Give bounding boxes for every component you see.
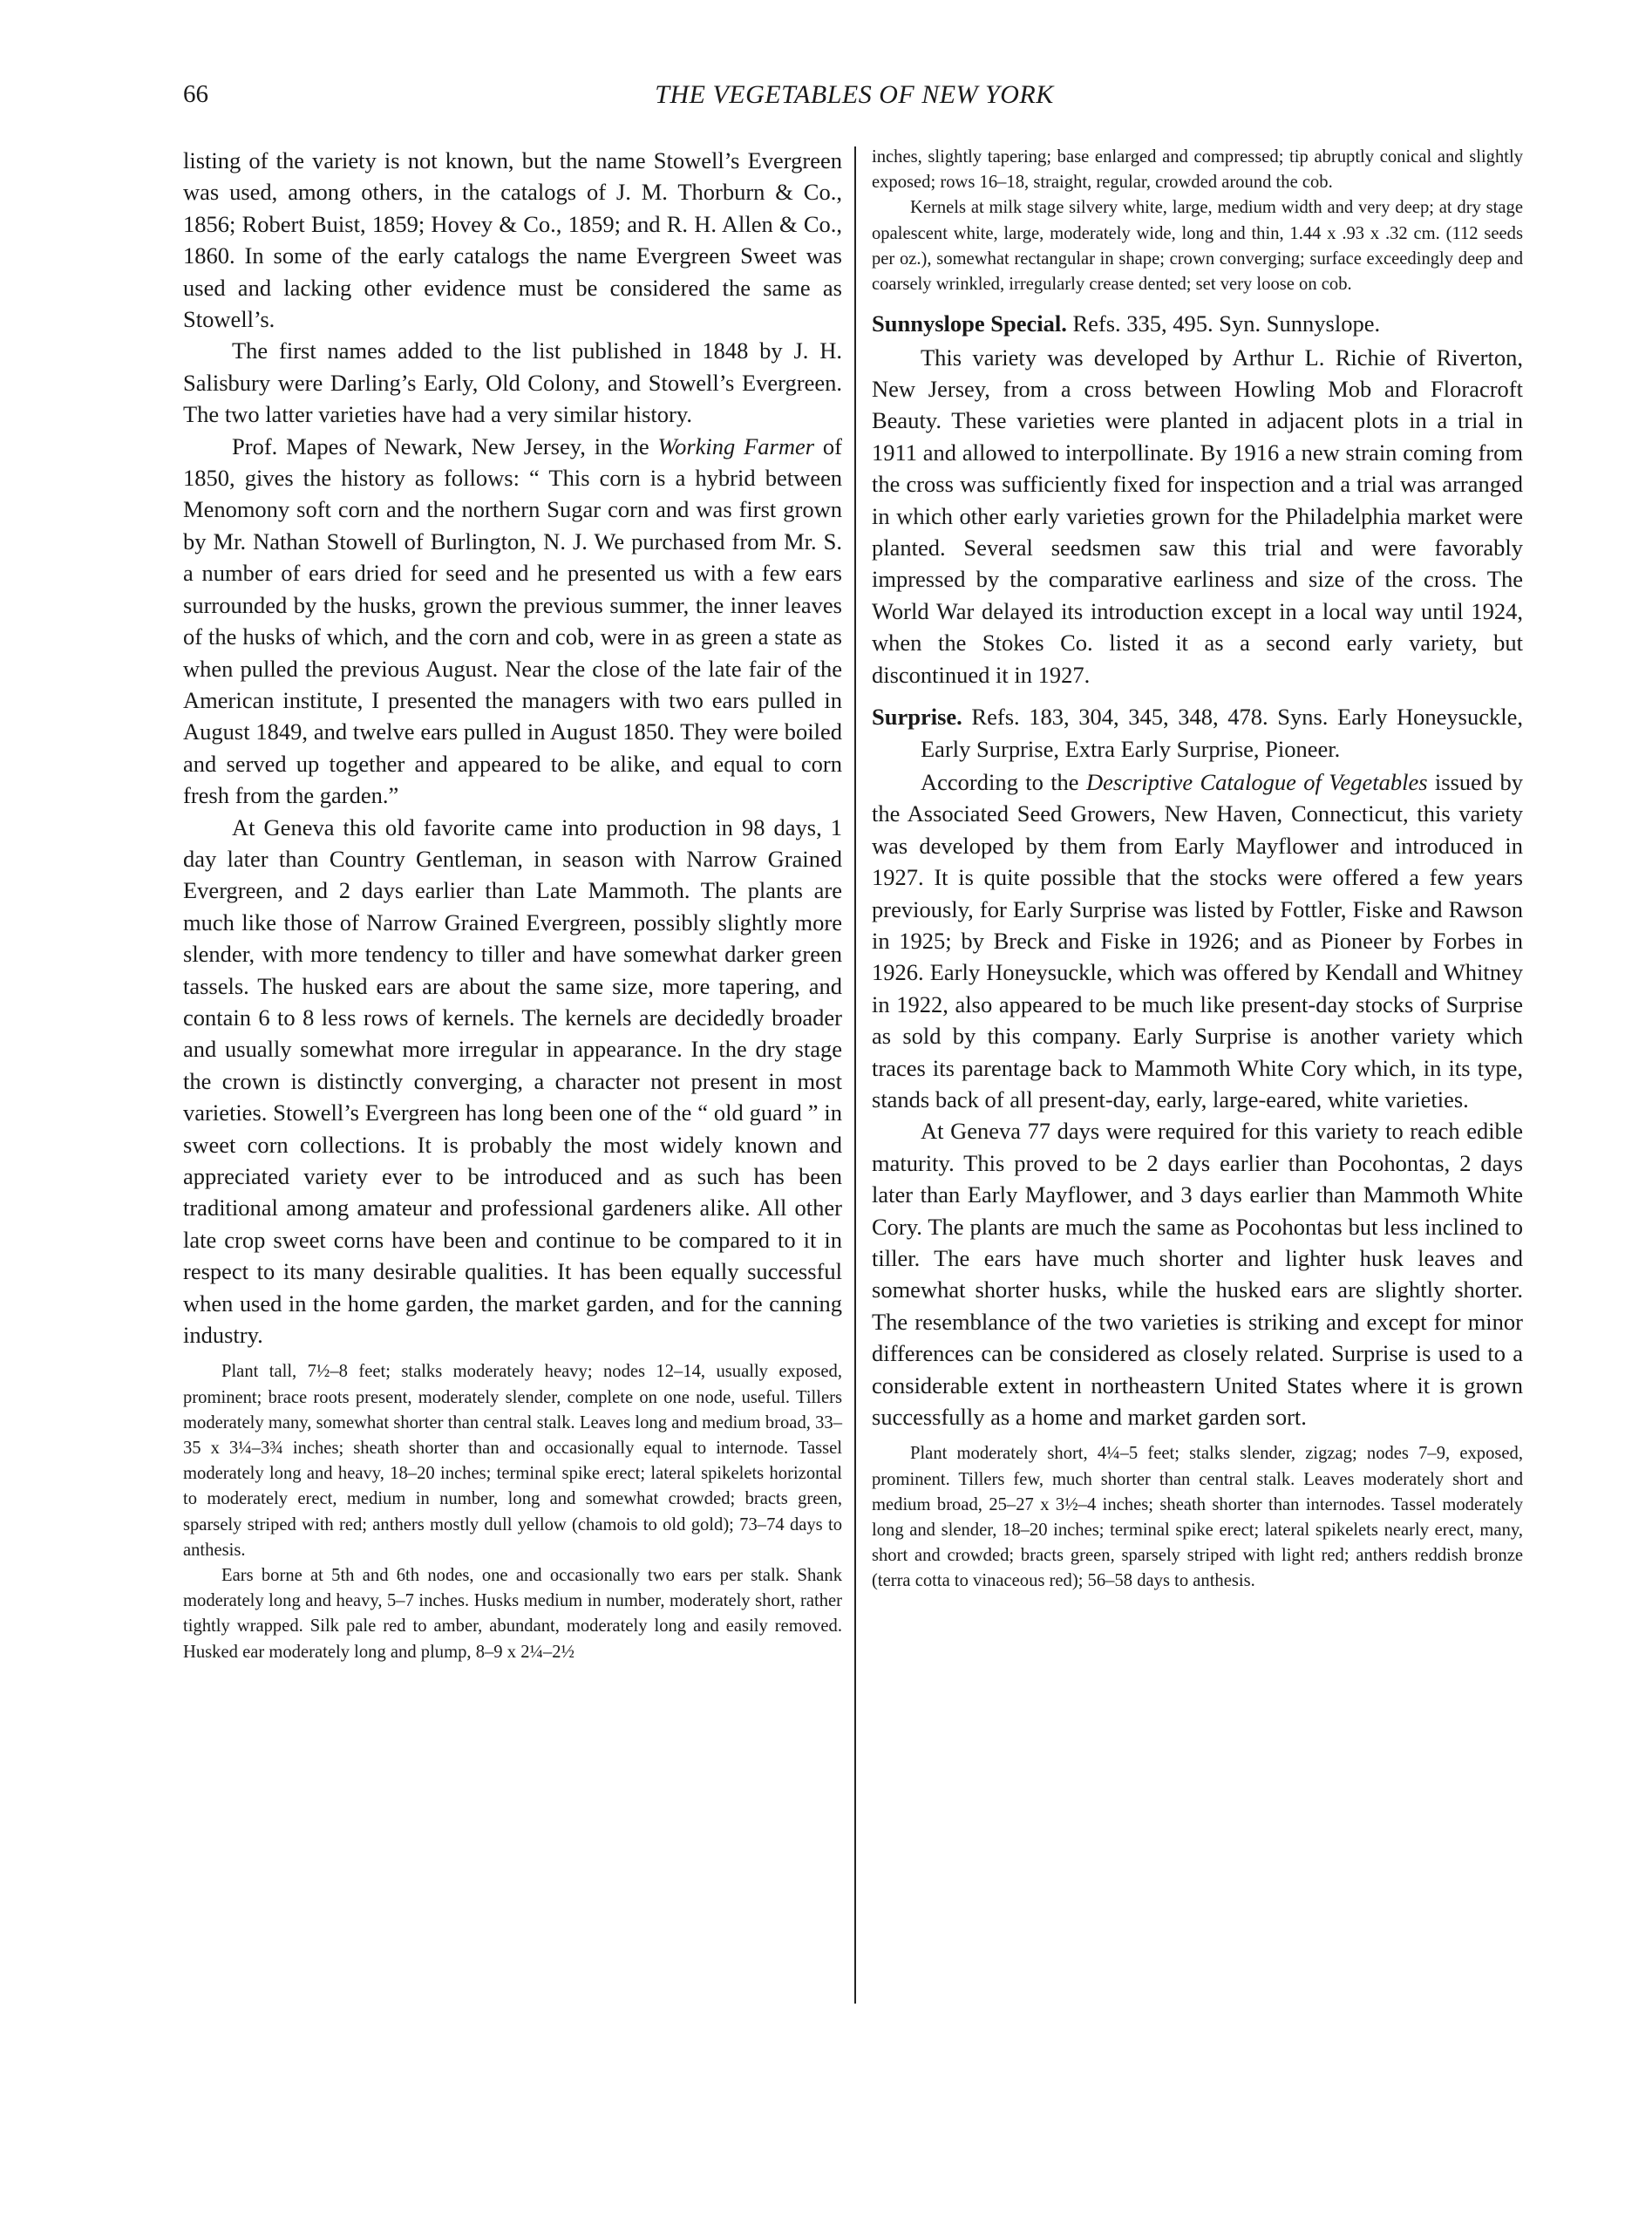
description-paragraph: Plant tall, 7½–8 feet; stalks moderately… <box>183 1359 842 1563</box>
paragraph: listing of the variety is not known, but… <box>183 145 842 335</box>
paragraph: Prof. Mapes of Newark, New Jersey, in th… <box>183 431 842 812</box>
paragraph: This variety was developed by Arthur L. … <box>872 342 1523 691</box>
paragraph: At Geneva this old favorite came into pr… <box>183 812 842 1351</box>
publication-title: Descriptive Catalogue of Vegetables <box>1086 769 1428 795</box>
text-run: Prof. Mapes of Newark, New Jersey, in th… <box>232 433 657 459</box>
variety-refs: Refs. 335, 495. Syn. Sunnyslope. <box>1067 310 1380 337</box>
text-run: issued by the Associated Seed Growers, N… <box>872 769 1523 1113</box>
description-paragraph: Kernels at milk stage silvery white, lar… <box>872 195 1523 297</box>
variety-entry-heading: Surprise. Refs. 183, 304, 345, 348, 478.… <box>872 701 1523 765</box>
description-paragraph: Ears borne at 5th and 6th nodes, one and… <box>183 1563 842 1665</box>
variety-refs: Refs. 183, 304, 345, 348, 478. Syns. Ear… <box>921 704 1523 761</box>
text-run: According to the <box>921 769 1086 795</box>
description-paragraph: inches, slightly tapering; base enlarged… <box>872 145 1523 195</box>
paragraph: According to the Descriptive Catalogue o… <box>872 766 1523 1115</box>
paragraph: At Geneva 77 days were required for this… <box>872 1115 1523 1432</box>
paragraph: The first names added to the list publis… <box>183 335 842 430</box>
running-head: THE VEGETABLES OF NEW YORK <box>523 80 1186 110</box>
variety-entry-heading: Sunnyslope Special. Refs. 335, 495. Syn.… <box>872 308 1523 339</box>
right-column: inches, slightly tapering; base enlarged… <box>872 145 1523 1595</box>
variety-name: Surprise. <box>872 704 962 730</box>
variety-name: Sunnyslope Special. <box>872 310 1067 337</box>
publication-title: Working Farmer <box>657 433 814 459</box>
column-divider <box>854 146 856 2004</box>
page-number: 66 <box>183 80 208 109</box>
description-paragraph: Plant moderately short, 4¼–5 feet; stalk… <box>872 1441 1523 1594</box>
text-run: of 1850, gives the history as follows: “… <box>183 433 842 808</box>
left-column: listing of the variety is not known, but… <box>183 145 842 1665</box>
